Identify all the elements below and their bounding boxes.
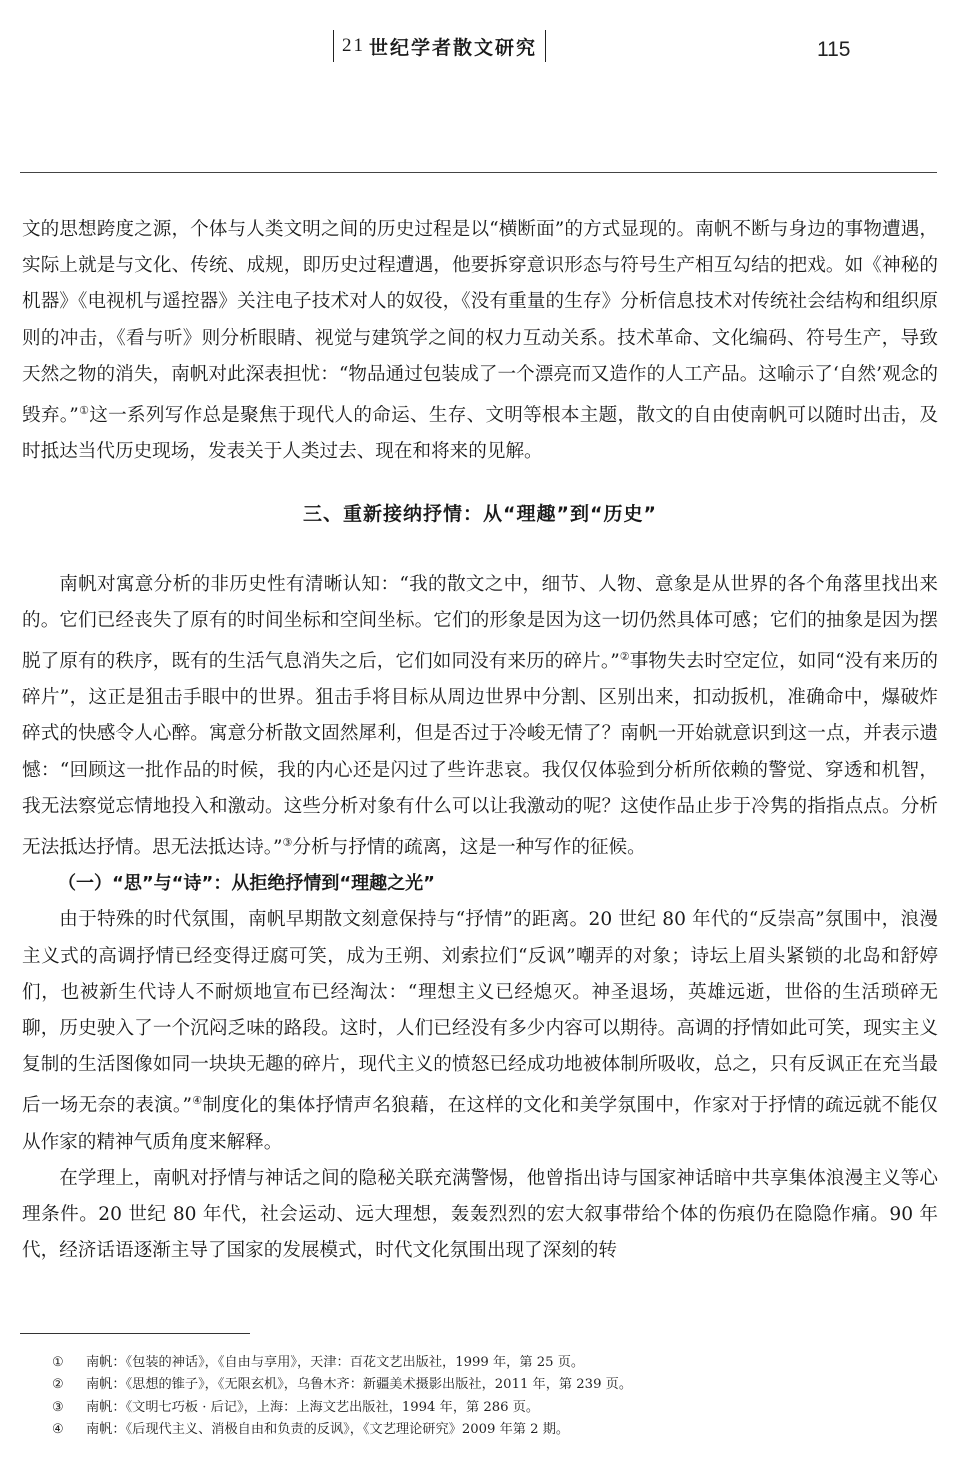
footnote-text: 南帆：《文明七巧板 · 后记》，上海：上海文艺出版社，1994 年，第 286 …: [86, 1397, 539, 1419]
main-text: 文的思想跨度之源，个体与人类文明之间的历史过程是以“横断面”的方式显现的。南帆不…: [22, 212, 938, 1269]
paragraph: 由于特殊的时代氛围，南帆早期散文刻意保持与“抒情”的距离。20 世纪 80 年代…: [22, 902, 938, 1160]
footnote-mark: ④: [52, 1419, 86, 1441]
footnote: ① 南帆：《包装的神话》，《自由与享用》，天津：百花文艺出版社，1999 年，第…: [52, 1352, 942, 1374]
footnote-mark: ①: [52, 1352, 86, 1374]
footnote-text: 南帆：《思想的锥子》，《无限玄机》，乌鲁木齐：新疆美术摄影出版社，2011 年，…: [86, 1374, 632, 1396]
running-head: 21 世纪学者散文研究: [333, 30, 546, 62]
series-title: 世纪学者散文研究: [369, 33, 537, 60]
footnote-ref-1[interactable]: ①: [79, 404, 89, 417]
footnote-ref-3[interactable]: ③: [283, 836, 293, 849]
footnote-text: 南帆：《后现代主义、消极自由和负责的反讽》，《文艺理论研究》2009 年第 2 …: [86, 1419, 569, 1441]
series-number: 21: [342, 35, 365, 57]
footnote: ④ 南帆：《后现代主义、消极自由和负责的反讽》，《文艺理论研究》2009 年第 …: [52, 1419, 942, 1441]
footnote-ref-4[interactable]: ④: [192, 1094, 202, 1107]
footnotes: ① 南帆：《包装的神话》，《自由与享用》，天津：百花文艺出版社，1999 年，第…: [52, 1352, 942, 1442]
footnote-text: 南帆：《包装的神话》，《自由与享用》，天津：百花文艺出版社，1999 年，第 2…: [86, 1352, 584, 1374]
page-number: 115: [817, 38, 850, 62]
header-rule: [20, 172, 937, 173]
paragraph: 在学理上，南帆对抒情与神话之间的隐秘关联充满警惕，他曾指出诗与国家神话暗中共享集…: [22, 1161, 938, 1270]
footnote-ref-2[interactable]: ②: [620, 650, 630, 663]
section-heading: 三、重新接纳抒情：从“理趣”到“历史”: [22, 496, 938, 532]
footnote-rule: [20, 1333, 250, 1334]
paragraph-continued: 文的思想跨度之源，个体与人类文明之间的历史过程是以“横断面”的方式显现的。南帆不…: [22, 212, 938, 470]
sub-heading: （一）“思”与“诗”：从拒绝抒情到“理趣之光”: [22, 866, 938, 902]
footnote: ③ 南帆：《文明七巧板 · 后记》，上海：上海文艺出版社，1994 年，第 28…: [52, 1397, 942, 1419]
footnote: ② 南帆：《思想的锥子》，《无限玄机》，乌鲁木齐：新疆美术摄影出版社，2011 …: [52, 1374, 942, 1396]
footnote-mark: ③: [52, 1397, 86, 1419]
paragraph: 南帆对寓意分析的非历史性有清晰认知：“我的散文之中，细节、人物、意象是从世界的各…: [22, 567, 938, 867]
footnote-mark: ②: [52, 1374, 86, 1396]
